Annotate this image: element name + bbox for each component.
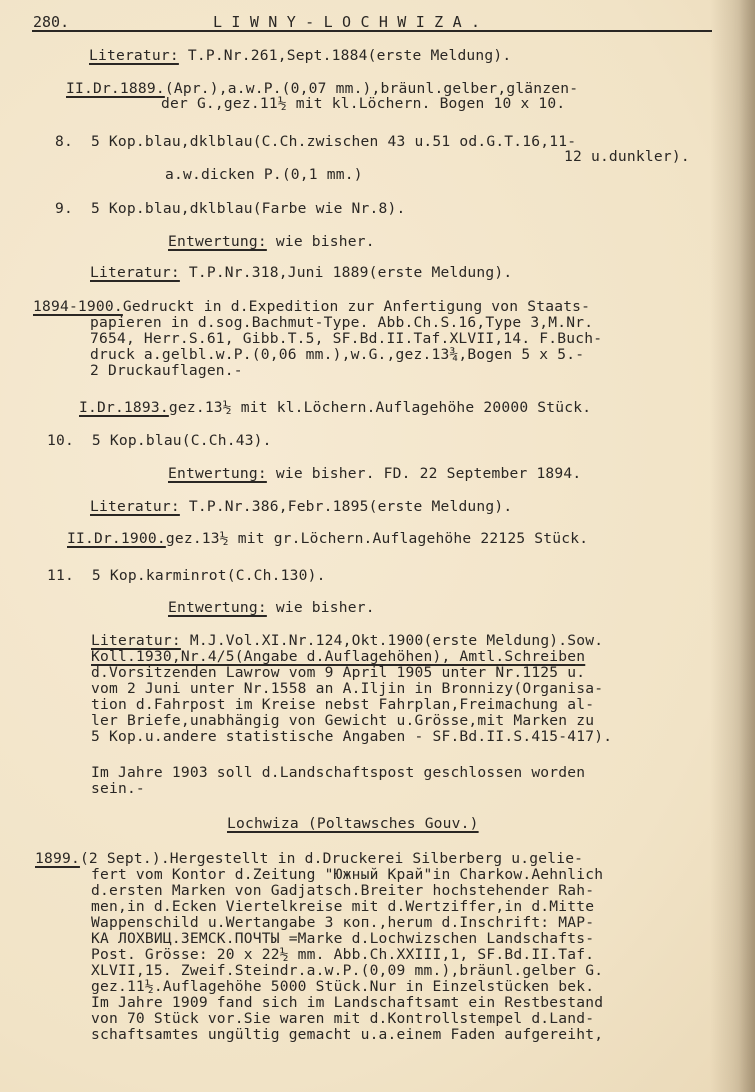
- underlined-label: Lochwiza (Poltawsches Gouv.): [227, 815, 479, 832]
- text-line: Im Jahre 1903 soll d.Landschaftspost ges…: [91, 763, 585, 782]
- section-heading: Lochwiza (Poltawsches Gouv.): [227, 814, 479, 833]
- text-segment: wie bisher.: [267, 599, 375, 616]
- text-line: Entwertung: wie bisher. FD. 22 September…: [168, 464, 581, 483]
- text-line: Entwertung: wie bisher.: [168, 598, 375, 617]
- text-segment: der G.,gez.11½ mit kl.Löchern. Bogen 10 …: [161, 95, 565, 112]
- text-segment: gez.13½ mit gr.Löchern.Auflagehöhe 22125…: [166, 530, 588, 547]
- text-segment: Im Jahre 1903 soll d.Landschaftspost ges…: [91, 764, 585, 781]
- text-line: Entwertung: wie bisher.: [168, 232, 375, 251]
- text-segment: 11. 5 Kop.karminrot(C.Ch.130).: [47, 567, 326, 584]
- text-segment: T.P.Nr.318,Juni 1889(erste Meldung).: [180, 264, 513, 281]
- document-page: 280. LIWNY-LOCHWIZA. Literatur: T.P.Nr.2…: [0, 0, 755, 1092]
- underlined-label: 1899.: [35, 850, 80, 867]
- text-segment: wie bisher.: [267, 233, 375, 250]
- running-title: LIWNY-LOCHWIZA.: [213, 13, 489, 31]
- text-line: Literatur: T.P.Nr.261,Sept.1884(erste Me…: [89, 46, 511, 65]
- text-segment: schaftsamtes ungültig gemacht u.a.einem …: [91, 1026, 603, 1043]
- text-line: 12 u.dunkler).: [564, 147, 690, 166]
- page-number: 280.: [33, 13, 69, 31]
- text-line: der G.,gez.11½ mit kl.Löchern. Bogen 10 …: [161, 94, 565, 113]
- text-segment: gez.13½ mit kl.Löchern.Auflagehöhe 20000…: [169, 399, 591, 416]
- page-edge-shadow: [739, 0, 755, 1092]
- text-segment: wie bisher. FD. 22 September 1894.: [267, 465, 582, 482]
- text-segment: 8. 5 Kop.blau,dklblau(C.Ch.zwischen 43 u…: [55, 133, 576, 150]
- text-line: 5 Kop.u.andere statistische Angaben - SF…: [91, 727, 612, 746]
- text-segment: 10. 5 Kop.blau(C.Ch.43).: [47, 432, 272, 449]
- text-segment: 9. 5 Kop.blau,dklblau(Farbe wie Nr.8).: [55, 200, 405, 217]
- text-segment: 5 Kop.u.andere statistische Angaben - SF…: [91, 728, 612, 745]
- text-segment: T.P.Nr.386,Febr.1895(erste Meldung).: [180, 498, 513, 515]
- text-line: 9. 5 Kop.blau,dklblau(Farbe wie Nr.8).: [55, 199, 405, 218]
- underlined-label: Literatur:: [90, 264, 180, 281]
- text-line: II.Dr.1900.gez.13½ mit gr.Löchern.Auflag…: [67, 529, 588, 548]
- text-segment: 12 u.dunkler).: [564, 148, 690, 165]
- text-line: 2 Druckauflagen.-: [90, 361, 243, 380]
- text-line: Literatur: T.P.Nr.386,Febr.1895(erste Me…: [90, 497, 512, 516]
- underlined-label: Literatur:: [90, 498, 180, 515]
- text-line: sein.-: [91, 779, 145, 798]
- text-line: Literatur: T.P.Nr.318,Juni 1889(erste Me…: [90, 263, 512, 282]
- text-line: 10. 5 Kop.blau(C.Ch.43).: [47, 431, 272, 450]
- text-line: 11. 5 Kop.karminrot(C.Ch.130).: [47, 566, 326, 585]
- text-segment: sein.-: [91, 780, 145, 797]
- underlined-label: Entwertung:: [168, 233, 267, 250]
- underlined-label: II.Dr.1889.: [66, 80, 165, 97]
- text-line: 8. 5 Kop.blau,dklblau(C.Ch.zwischen 43 u…: [55, 132, 576, 151]
- underlined-label: Entwertung:: [168, 465, 267, 482]
- underlined-label: II.Dr.1900.: [67, 530, 166, 547]
- text-segment: 2 Druckauflagen.-: [90, 362, 243, 379]
- underlined-label: Entwertung:: [168, 599, 267, 616]
- header-rule: [32, 30, 712, 32]
- text-segment: T.P.Nr.261,Sept.1884(erste Meldung).: [179, 47, 512, 64]
- text-line: a.w.dicken P.(0,1 mm.): [165, 165, 363, 184]
- text-line: I.Dr.1893.gez.13½ mit kl.Löchern.Auflage…: [79, 398, 591, 417]
- underlined-label: Literatur:: [89, 47, 179, 64]
- underlined-label: I.Dr.1893.: [79, 399, 169, 416]
- text-line: schaftsamtes ungültig gemacht u.a.einem …: [91, 1025, 603, 1044]
- text-segment: a.w.dicken P.(0,1 mm.): [165, 166, 363, 183]
